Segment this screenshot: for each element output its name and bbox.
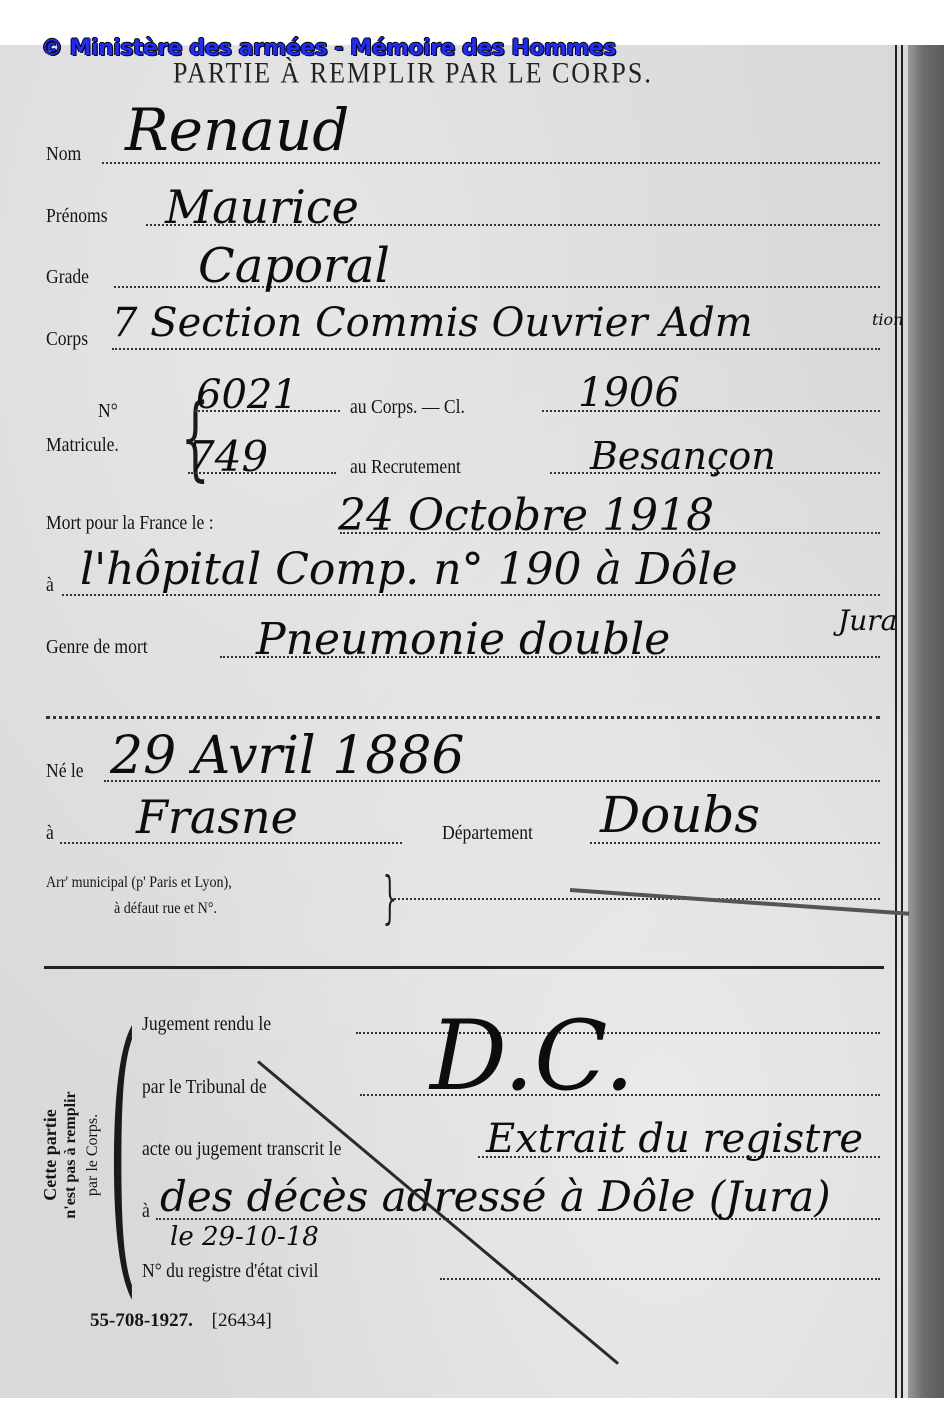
mort-date: 24 Octobre 1918 [338,490,714,541]
prenoms-value: Maurice [165,180,359,234]
mort-label: Mort pour la France le : [46,512,214,535]
form-print-code: 55-708-1927. [26434] [90,1310,272,1332]
au-recrutement-label: au Recrutement [350,456,461,479]
grade-label: Grade [46,266,89,289]
lieu-mort-label: à [46,574,54,597]
corps-value: 7 Section Commis Ouvrier Adm [112,300,753,346]
lieu-naissance-value: Frasne [136,790,298,844]
copyright-watermark: © Ministère des armées - Mémoire des Hom… [41,36,616,61]
nom-label: Nom [46,143,81,166]
matricule-recrutement-place: Besançon [590,434,776,478]
matricule-label: Matricule. [46,434,119,457]
matricule-corps-number: 6021 [196,372,298,418]
lieu-mort-value: l'hôpital Comp. n° 190 à Dôle [80,544,738,595]
registre-label: N° du registre d'état civil [142,1260,318,1283]
side-note-line2: n'est pas à remplir [62,1040,80,1270]
page-edge-shadow [908,45,944,1398]
genre-mort-label: Genre de mort [46,636,148,659]
departement-label: Département [442,822,533,845]
prenoms-label: Prénoms [46,205,108,228]
genre-mort-value: Pneumonie double [256,614,670,665]
blank-dotted-line [46,716,880,719]
matricule-classe: 1906 [578,370,680,416]
matricule-no-label: N° [98,400,118,423]
nom-value: Renaud [125,96,349,164]
form-reference: [26434] [212,1310,272,1331]
acte-suite-label: à [142,1200,150,1223]
jugement-label: Jugement rendu le [142,1013,271,1036]
lower-section-brace: ( [108,1000,137,1300]
side-note-line1: Cette partie [40,1040,61,1270]
naissance-label: Né le [46,760,84,783]
section-divider [44,966,884,969]
lieu-mort-note: Jura [838,604,897,637]
tribunal-label: par le Tribunal de [142,1076,267,1099]
corps-label: Corps [46,328,88,351]
matricule-recrutement-number: 749 [188,432,268,481]
departement-value: Doubs [600,786,760,844]
au-corps-classe-label: au Corps. — Cl. [350,396,465,419]
acte-suite-date: le 29-10-18 [170,1222,319,1252]
acte-label: acte ou jugement transcrit le [142,1138,341,1161]
tribunal-value: D.C. [430,1000,635,1112]
registre-dotted-line [440,1278,880,1280]
side-note-line3: par le Corps. [84,1040,102,1270]
form-number: 55-708-1927. [90,1310,193,1331]
arrondissement-dotted-line [390,898,880,900]
grade-value: Caporal [198,238,390,294]
corps-dotted-line [112,348,880,350]
corps-superscript: tion [872,310,903,329]
naissance-date: 29 Avril 1886 [110,726,465,786]
acte-suite-value: des décès adressé à Dôle (Jura) [160,1172,831,1221]
arrondissement-label-line1: Arr' municipal (p' Paris et Lyon), [46,874,232,892]
arrondissement-label-line2: à défaut rue et N°. [114,900,217,918]
lieu-naissance-label: à [46,822,54,845]
border-line-outer [901,45,903,1398]
border-line-inner [895,45,897,1398]
acte-value: Extrait du registre [486,1116,863,1162]
form-header-title: PARTIE À REMPLIR PAR LE CORPS. [173,56,653,91]
